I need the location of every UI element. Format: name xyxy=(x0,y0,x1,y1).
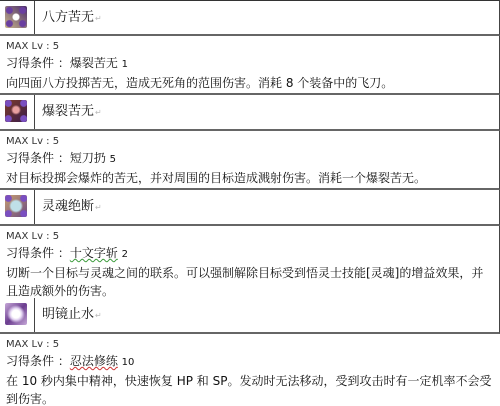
requirement: 习得条件 ：十文字斩 2 xyxy=(6,244,499,264)
description: 向四面八方投掷苦无，造成无死角的范围伤害。消耗 8 个装备中的飞刀。 xyxy=(6,74,499,92)
skill-name: 明镜止水↵ xyxy=(42,307,102,324)
icon-cell xyxy=(0,95,35,129)
skill-header-row: 八方苦无↵ xyxy=(0,0,500,36)
requirement: 习得条件 ：忍法修练 10 xyxy=(6,352,500,372)
skill-name: 八方苦无↵ xyxy=(42,10,102,27)
description: 切断一个目标与灵魂之间的联系。可以强制解除目标受到悟灵士技能[灵魂]的增益效果，… xyxy=(6,264,499,282)
max-level: MAX Lv : 5 xyxy=(6,135,499,149)
skill-name: 爆裂苦无↵ xyxy=(42,104,102,121)
soul-sever-icon xyxy=(5,195,27,217)
skill-body: MAX Lv : 5 习得条件 ：短刀扔 5 对目标投掷会爆炸的苦无，并对周围的… xyxy=(0,131,500,190)
description-cont: 到伤害。 xyxy=(6,390,500,406)
eight-directions-kunai-icon xyxy=(5,6,27,28)
skill-block-4: 明镜止水↵ MAX Lv : 5 习得条件 ：忍法修练 10 在 10 秒内集中… xyxy=(0,298,500,406)
skill-block-2: 爆裂苦无↵ MAX Lv : 5 习得条件 ：短刀扔 5 对目标投掷会爆炸的苦无… xyxy=(0,95,500,190)
requirement: 习得条件 ：短刀扔 5 xyxy=(6,149,499,169)
skill-name: 灵魂绝断↵ xyxy=(42,199,102,216)
description: 在 10 秒内集中精神，快速恢复 HP 和 SP。发动时无法移动，受到攻击时有一… xyxy=(6,372,500,390)
skill-header-row: 爆裂苦无↵ xyxy=(0,95,500,131)
max-level: MAX Lv : 5 xyxy=(6,338,500,352)
skill-block-3: 灵魂绝断↵ MAX Lv : 5 习得条件 ：十文字斩 2 切断一个目标与灵魂之… xyxy=(0,190,500,298)
requirement: 习得条件 ：爆裂苦无 1 xyxy=(6,54,499,74)
max-level: MAX Lv : 5 xyxy=(6,230,499,244)
max-level: MAX Lv : 5 xyxy=(6,40,499,54)
clear-mirror-still-water-icon xyxy=(5,303,27,325)
icon-cell xyxy=(0,1,35,34)
exploding-kunai-icon xyxy=(5,100,27,122)
icon-cell xyxy=(0,190,35,224)
description: 对目标投掷会爆炸的苦无，并对周围的目标造成溅射伤害。消耗一个爆裂苦无。 xyxy=(6,169,499,187)
skill-body: MAX Lv : 5 习得条件 ：爆裂苦无 1 向四面八方投掷苦无，造成无死角的… xyxy=(0,36,500,95)
skill-body: MAX Lv : 5 习得条件 ：忍法修练 10 在 10 秒内集中精神，快速恢… xyxy=(0,334,500,406)
skill-header-row: 灵魂绝断↵ xyxy=(0,190,500,226)
skill-block-1: 八方苦无↵ MAX Lv : 5 习得条件 ：爆裂苦无 1 向四面八方投掷苦无，… xyxy=(0,0,500,95)
skill-header-row: 明镜止水↵ xyxy=(0,298,500,334)
skill-body: MAX Lv : 5 习得条件 ：十文字斩 2 切断一个目标与灵魂之间的联系。可… xyxy=(0,226,500,298)
icon-cell xyxy=(0,298,35,332)
